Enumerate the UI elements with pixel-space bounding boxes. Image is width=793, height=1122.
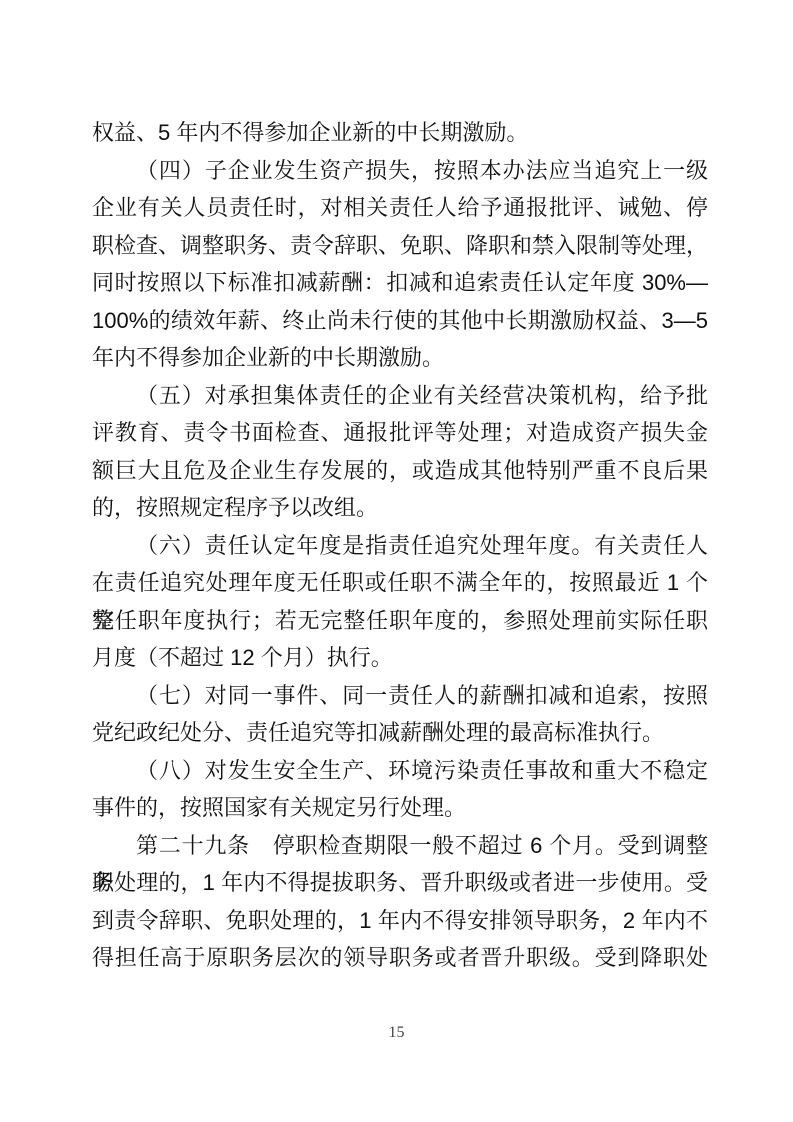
text-line: （五）对承担集体责任的企业有关经营决策机构，给予批 (92, 377, 708, 415)
text-line: 评教育、责令书面检查、通报批评等处理；对造成资产损失金 (92, 414, 708, 452)
text-line: 同时按照以下标准扣减薪酬：扣减和追索责任认定年度 30%— (92, 264, 708, 302)
text-line: 党纪政纪处分、责任追究等扣减薪酬处理的最高标准执行。 (92, 714, 708, 752)
document-page: 权益、5 年内不得参加企业新的中长期激励。 （四）子企业发生资产损失，按照本办法… (0, 0, 793, 1122)
text-line: 务处理的，1 年内不得提拔职务、晋升职级或者进一步使用。受 (92, 864, 708, 902)
text-line: 额巨大且危及企业生存发展的，或造成其他特别严重不良后果 (92, 452, 708, 490)
text-line: 得担任高于原职务层次的领导职务或者晋升职级。受到降职处 (92, 939, 708, 977)
page-number: 15 (0, 1024, 793, 1042)
text-line: （四）子企业发生资产损失，按照本办法应当追究上一级 (92, 152, 708, 190)
text-line: （七）对同一事件、同一责任人的薪酬扣减和追索，按照 (92, 677, 708, 715)
text-line: （六）责任认定年度是指责任追究处理年度。有关责任人 (92, 527, 708, 565)
text-line: 月度（不超过 12 个月）执行。 (92, 639, 708, 677)
text-line: （八）对发生安全生产、环境污染责任事故和重大不稳定 (92, 752, 708, 790)
text-line: 权益、5 年内不得参加企业新的中长期激励。 (92, 114, 708, 152)
text-line: 在责任追究处理年度无任职或任职不满全年的，按照最近 1 个完 (92, 564, 708, 602)
text-line: 100%的绩效年薪、终止尚未行使的其他中长期激励权益、3—5 (92, 302, 708, 340)
text-line: 企业有关人员责任时，对相关责任人给予通报批评、诫勉、停 (92, 189, 708, 227)
document-body: 权益、5 年内不得参加企业新的中长期激励。 （四）子企业发生资产损失，按照本办法… (92, 114, 708, 977)
text-line: 到责令辞职、免职处理的，1 年内不得安排领导职务，2 年内不 (92, 902, 708, 940)
text-line: 事件的，按照国家有关规定另行处理。 (92, 789, 708, 827)
text-line: 整任职年度执行；若无完整任职年度的，参照处理前实际任职 (92, 602, 708, 640)
text-line: 的，按照规定程序予以改组。 (92, 489, 708, 527)
text-line: 第二十九条 停职检查期限一般不超过 6 个月。受到调整职 (92, 827, 708, 865)
text-line: 职检查、调整职务、责令辞职、免职、降职和禁入限制等处理， (92, 227, 708, 265)
text-line: 年内不得参加企业新的中长期激励。 (92, 339, 708, 377)
